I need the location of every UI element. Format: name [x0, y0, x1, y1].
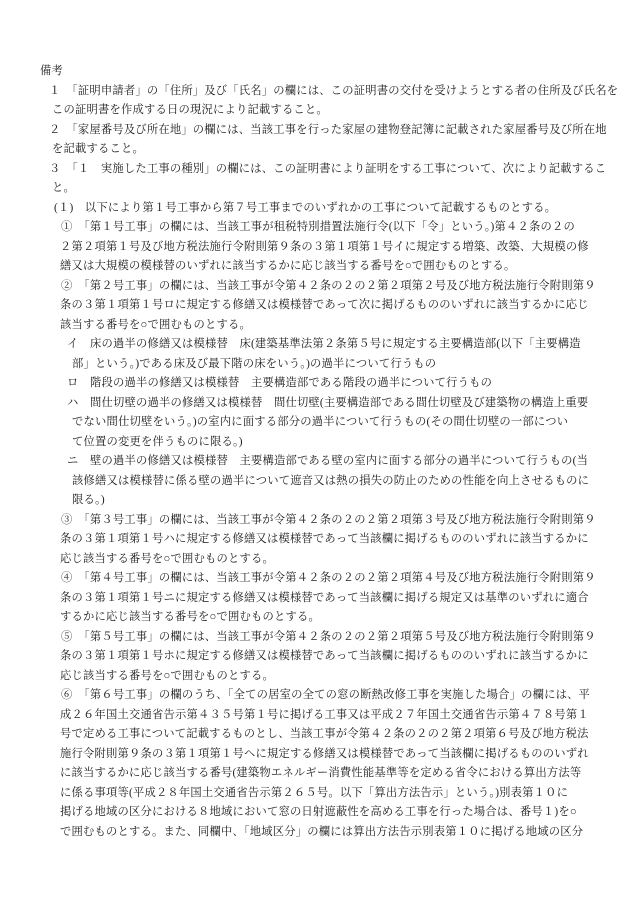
text-line: 該当する番号を○で囲むものとする。 — [0, 316, 630, 336]
text-line: するかに応じ該当する番号を○で囲むものとする。 — [0, 608, 630, 628]
text-line: ⑥ 「第６号工事」の欄のうち、「全ての居室の全ての窓の断熱改修工事を実施した場合… — [0, 686, 630, 706]
text-line: ３ 「１ 実施した工事の種別」の欄には、この証明書により証明をする工事について、… — [0, 160, 630, 180]
text-line: 条の３第１項第１号ニに規定する修繕又は模様替であって当該欄に掲げる規定又は基準の… — [0, 589, 630, 609]
text-line: ④ 「第４号工事」の欄には、当該工事が令第４２条の２の２第２項第４号及び地方税法… — [0, 569, 630, 589]
text-line: 応じ該当する番号を○で囲むものとする。 — [0, 667, 630, 687]
text-line: 応じ該当する番号を○で囲むものとする。 — [0, 550, 630, 570]
text-line: (１) 以下により第１号工事から第７号工事までのいずれかの工事について記載するも… — [0, 199, 630, 219]
text-line: ① 「第１号工事」の欄には、当該工事が租税特別措置法施行令(以下「令」という。)… — [0, 218, 630, 238]
text-line: 条の３第１項第１号ホに規定する修繕又は模様替であって当該欄に掲げるもののいずれに… — [0, 647, 630, 667]
text-line: ニ 壁の過半の修繕又は模様替 主要構造部である壁の室内に面する部分の過半について… — [0, 452, 630, 472]
text-line: 条の３第１項第１号ロに規定する修繕又は模様替であって次に掲げるもののいずれに該当… — [0, 296, 630, 316]
text-line: １ 「証明申請者」の「住所」及び「氏名」の欄には、この証明書の交付を受けようとす… — [0, 82, 630, 102]
text-line: 施行令附則第９条の３第１項第１号ヘに規定する修繕又は模様替であって当該欄に掲げる… — [0, 745, 630, 765]
document-page: 備考１ 「証明申請者」の「住所」及び「氏名」の欄には、この証明書の交付を受けよう… — [0, 0, 630, 903]
text-line: 成２６年国土交通省告示第４３５号第１号に掲げる工事又は平成２７年国土交通省告示第… — [0, 706, 630, 726]
text-line: ② 「第２号工事」の欄には、当該工事が令第４２条の２の２第２項第２号及び地方税法… — [0, 277, 630, 297]
text-line: イ 床の過半の修繕又は模様替 床(建築基準法第２条第５号に規定する主要構造部(以… — [0, 335, 630, 355]
text-line: ２第２項第１号及び地方税法施行令附則第９条の３第１項第１号イに規定する増築、改築… — [0, 238, 630, 258]
text-line: ⑤ 「第５号工事」の欄には、当該工事が令第４２条の２の２第２項第５号及び地方税法… — [0, 628, 630, 648]
text-line: で囲むものとする。また、同欄中、「地域区分」の欄には算出方法告示別表第１０に掲げ… — [0, 823, 630, 843]
text-line: と。 — [0, 179, 630, 199]
text-line: 部」という。)である床及び最下階の床をいう。)の過半について行うもの — [0, 355, 630, 375]
text-line: 該修繕又は模様替に係る壁の過半について遮音又は熱の損失の防止のための性能を向上さ… — [0, 472, 630, 492]
text-line: でない間仕切壁をいう。)の室内に面する部分の過半について行うもの(その間仕切壁の… — [0, 413, 630, 433]
text-line: ２ 「家屋番号及び所在地」の欄には、当該工事を行った家屋の建物登記簿に記載された… — [0, 121, 630, 141]
text-line: に係る事項等(平成２８年国土交通省告示第２６５号。以下「算出方法告示」という。)… — [0, 784, 630, 804]
text-line: 掲げる地域の区分における８地域において窓の日射遮蔽性を高める工事を行った場合は、… — [0, 803, 630, 823]
text-line: この証明書を作成する日の現況により記載すること。 — [0, 101, 630, 121]
text-line: 備考 — [0, 62, 630, 82]
text-line: を記載すること。 — [0, 140, 630, 160]
text-line: て位置の変更を伴うものに限る。) — [0, 433, 630, 453]
text-line: 繕又は大規模の模様替のいずれに該当するかに応じ該当する番号を○で囲むものとする。 — [0, 257, 630, 277]
text-line: ロ 階段の過半の修繕又は模様替 主要構造部である階段の過半について行うもの — [0, 374, 630, 394]
text-line: 条の３第１項第１号ハに規定する修繕又は模様替であって当該欄に掲げるもののいずれに… — [0, 530, 630, 550]
text-line: 限る。) — [0, 491, 630, 511]
remarks-text-block: 備考１ 「証明申請者」の「住所」及び「氏名」の欄には、この証明書の交付を受けよう… — [0, 62, 630, 842]
text-line: ③ 「第３号工事」の欄には、当該工事が令第４２条の２の２第２項第３号及び地方税法… — [0, 511, 630, 531]
text-line: に該当するかに応じ該当する番号(建築物エネルギー消費性能基準等を定める省令におけ… — [0, 764, 630, 784]
text-line: ハ 間仕切壁の過半の修繕又は模様替 間仕切壁(主要構造部である間仕切壁及び建築物… — [0, 394, 630, 414]
text-line: 号で定める工事について記載するものとし、当該工事が令第４２条の２の２第２項第６号… — [0, 725, 630, 745]
